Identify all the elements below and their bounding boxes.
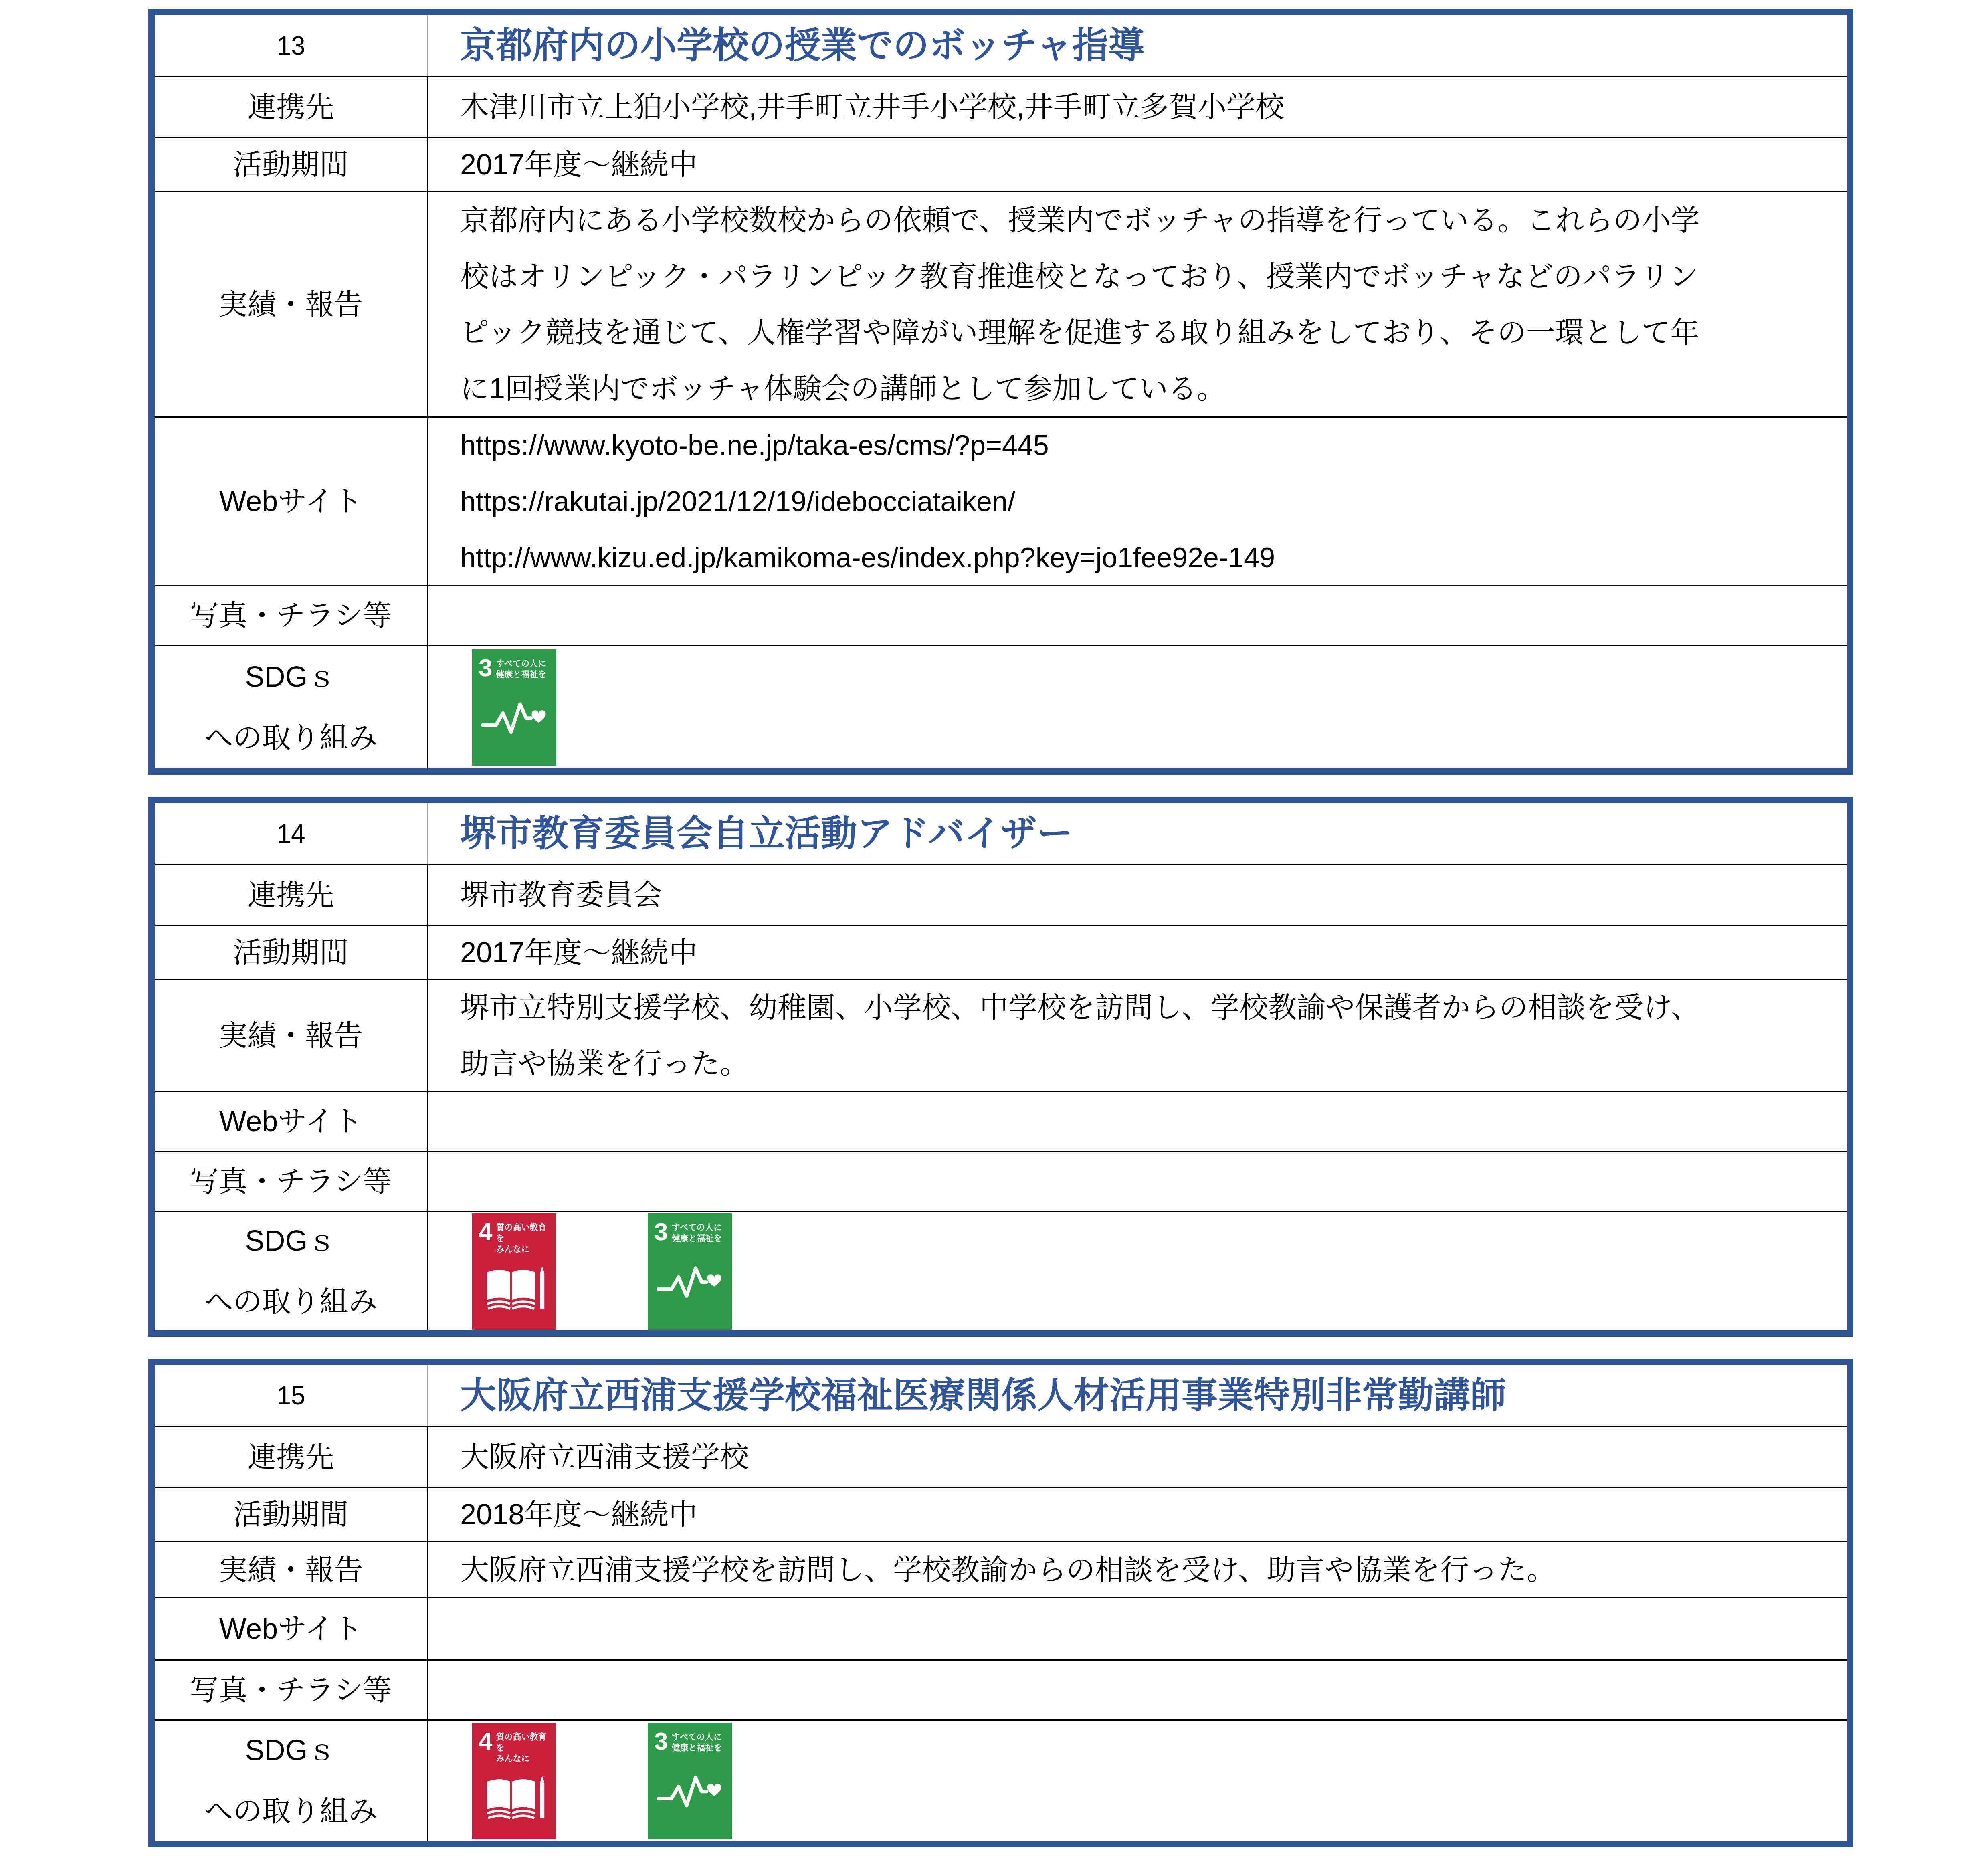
sdg3-icon-caption: すべての人に 健康と福祉を — [671, 1732, 722, 1753]
entry-number: 13 — [155, 15, 428, 76]
partner-row-label: 連携先 — [155, 1427, 428, 1487]
photos-row-value — [428, 1661, 1847, 1719]
sdg3-icon-number: 3 — [654, 1220, 668, 1244]
period-row: 活動期間2017年度～継続中 — [155, 925, 1847, 979]
activity-table-13: 13京都府内の小学校の授業でのボッチャ指導連携先木津川市立上狛小学校,井手町立井… — [148, 9, 1853, 775]
sdgs-label-line1: SDGｓ — [245, 659, 336, 695]
sdgs-row: SDGｓへの取り組み4質の高い教育を みんなに3すべての人に 健康と福祉を — [155, 1719, 1847, 1841]
sdgs-row-value: 3すべての人に 健康と福祉を — [428, 646, 1847, 768]
header-row: 14堺市教育委員会自立活動アドバイザー — [155, 803, 1847, 864]
sdgs-row-value: 4質の高い教育を みんなに3すべての人に 健康と福祉を — [428, 1212, 1847, 1330]
photos-row-label: 写真・チラシ等 — [155, 1152, 428, 1211]
report-row-value: 京都府内にある小学校数校からの依頼で、授業内でボッチャの指導を行っている。これら… — [428, 192, 1847, 416]
website-row: Webサイトhttps://www.kyoto-be.ne.jp/taka-es… — [155, 416, 1847, 585]
sdg3-icon-number: 3 — [479, 657, 492, 680]
partner-row-label: 連携先 — [155, 77, 428, 137]
partner-row-value: 堺市教育委員会 — [428, 865, 1847, 925]
website-row-value — [428, 1598, 1847, 1659]
photos-row-value — [428, 1152, 1847, 1211]
heartbeat-heart-icon — [479, 680, 552, 760]
sdg3-icon-header: 3すべての人に 健康と福祉を — [654, 1220, 727, 1244]
website-row-label: Webサイト — [155, 418, 428, 585]
activity-table-14: 14堺市教育委員会自立活動アドバイザー連携先堺市教育委員会活動期間2017年度～… — [148, 797, 1853, 1337]
period-row: 活動期間2018年度～継続中 — [155, 1487, 1847, 1541]
sdg4-icon-caption: 質の高い教育を みんなに — [496, 1732, 552, 1764]
photos-row: 写真・チラシ等 — [155, 1659, 1847, 1719]
partner-row: 連携先木津川市立上狛小学校,井手町立井手小学校,井手町立多賀小学校 — [155, 76, 1847, 137]
entry-number: 14 — [155, 803, 428, 864]
sdgs-label-line2: への取り組み — [204, 1284, 377, 1320]
website-row-label: Webサイト — [155, 1092, 428, 1151]
entry-number: 15 — [155, 1365, 428, 1426]
heartbeat-heart-icon — [654, 1244, 727, 1323]
partner-row: 連携先堺市教育委員会 — [155, 864, 1847, 925]
report-row-label: 実績・報告 — [155, 1542, 428, 1597]
sdg4-icon-number: 4 — [479, 1730, 492, 1754]
partner-row-label: 連携先 — [155, 865, 428, 925]
sdg3-goal-icon: 3すべての人に 健康と福祉を — [648, 1213, 732, 1330]
report-row-label: 実績・報告 — [155, 192, 428, 416]
entry-title: 堺市教育委員会自立活動アドバイザー — [428, 803, 1847, 864]
sdgs-row-label: SDGｓへの取り組み — [155, 1212, 428, 1330]
photos-row-label: 写真・チラシ等 — [155, 586, 428, 645]
report-row: 実績・報告大阪府立西浦支援学校を訪問し、学校教諭からの相談を受け、助言や協業を行… — [155, 1541, 1847, 1597]
sdgs-row-value: 4質の高い教育を みんなに3すべての人に 健康と福祉を — [428, 1721, 1847, 1841]
entry-title: 京都府内の小学校の授業でのボッチャ指導 — [428, 15, 1847, 76]
photos-row-value — [428, 586, 1847, 645]
sdgs-label-line2: への取り組み — [204, 720, 377, 756]
sdg3-icon-header: 3すべての人に 健康と福祉を — [479, 657, 552, 680]
photos-row: 写真・チラシ等 — [155, 1151, 1847, 1211]
sdg4-goal-icon: 4質の高い教育を みんなに — [472, 1723, 556, 1839]
sdgs-label-line1: SDGｓ — [245, 1223, 336, 1259]
report-row: 実績・報告堺市立特別支援学校、幼稚園、小学校、中学校を訪問し、学校教諭や保護者か… — [155, 979, 1847, 1091]
sdg3-goal-icon: 3すべての人に 健康と福祉を — [648, 1723, 732, 1839]
sdg3-icon-caption: すべての人に 健康と福祉を — [496, 658, 546, 680]
partner-row-value: 大阪府立西浦支援学校 — [428, 1427, 1847, 1487]
website-row-value: https://www.kyoto-be.ne.jp/taka-es/cms/?… — [428, 418, 1847, 585]
sdgs-row-label: SDGｓへの取り組み — [155, 1721, 428, 1841]
sdgs-label-line2: への取り組み — [204, 1793, 377, 1829]
sdgs-row: SDGｓへの取り組み4質の高い教育を みんなに3すべての人に 健康と福祉を — [155, 1211, 1847, 1330]
photos-row: 写真・チラシ等 — [155, 585, 1847, 645]
report-row-value: 大阪府立西浦支援学校を訪問し、学校教諭からの相談を受け、助言や協業を行った。 — [428, 1542, 1847, 1597]
period-row-value: 2017年度～継続中 — [428, 138, 1847, 191]
sdg4-icon-header: 4質の高い教育を みんなに — [479, 1220, 552, 1255]
website-row-value — [428, 1092, 1847, 1151]
sdg3-goal-icon: 3すべての人に 健康と福祉を — [472, 649, 556, 766]
report-row-value: 堺市立特別支援学校、幼稚園、小学校、中学校を訪問し、学校教諭や保護者からの相談を… — [428, 980, 1847, 1091]
heartbeat-heart-icon — [654, 1753, 727, 1833]
report-row: 実績・報告京都府内にある小学校数校からの依頼で、授業内でボッチャの指導を行ってい… — [155, 191, 1847, 416]
header-row: 15大阪府立西浦支援学校福祉医療関係人材活用事業特別非常勤講師 — [155, 1365, 1847, 1426]
period-row-value: 2017年度～継続中 — [428, 926, 1847, 979]
header-row: 13京都府内の小学校の授業でのボッチャ指導 — [155, 15, 1847, 76]
website-row-label: Webサイト — [155, 1598, 428, 1659]
sdg4-icon-caption: 質の高い教育を みんなに — [496, 1222, 552, 1255]
period-row-value: 2018年度～継続中 — [428, 1488, 1847, 1541]
sdgs-label-line1: SDGｓ — [245, 1732, 336, 1768]
period-row-label: 活動期間 — [155, 1488, 428, 1541]
sdg4-goal-icon: 4質の高い教育を みんなに — [472, 1213, 556, 1330]
period-row-label: 活動期間 — [155, 926, 428, 979]
entry-title: 大阪府立西浦支援学校福祉医療関係人材活用事業特別非常勤講師 — [428, 1365, 1847, 1426]
activity-table-15: 15大阪府立西浦支援学校福祉医療関係人材活用事業特別非常勤講師連携先大阪府立西浦… — [148, 1359, 1853, 1847]
sdg3-icon-number: 3 — [654, 1730, 668, 1754]
sdg4-icon-header: 4質の高い教育を みんなに — [479, 1730, 552, 1764]
sdg4-icon-number: 4 — [479, 1220, 492, 1244]
partner-row-value: 木津川市立上狛小学校,井手町立井手小学校,井手町立多賀小学校 — [428, 77, 1847, 137]
open-book-pencil-icon — [479, 1764, 552, 1833]
report-row-label: 実績・報告 — [155, 980, 428, 1091]
period-row-label: 活動期間 — [155, 138, 428, 191]
document-page: 13京都府内の小学校の授業でのボッチャ指導連携先木津川市立上狛小学校,井手町立井… — [148, 9, 1853, 1869]
period-row: 活動期間2017年度～継続中 — [155, 137, 1847, 191]
sdgs-row: SDGｓへの取り組み3すべての人に 健康と福祉を — [155, 645, 1847, 768]
open-book-pencil-icon — [479, 1255, 552, 1324]
website-row: Webサイト — [155, 1091, 1847, 1151]
sdg3-icon-header: 3すべての人に 健康と福祉を — [654, 1730, 727, 1754]
partner-row: 連携先大阪府立西浦支援学校 — [155, 1426, 1847, 1487]
sdgs-row-label: SDGｓへの取り組み — [155, 646, 428, 768]
sdg3-icon-caption: すべての人に 健康と福祉を — [671, 1222, 722, 1244]
photos-row-label: 写真・チラシ等 — [155, 1661, 428, 1719]
website-row: Webサイト — [155, 1597, 1847, 1659]
